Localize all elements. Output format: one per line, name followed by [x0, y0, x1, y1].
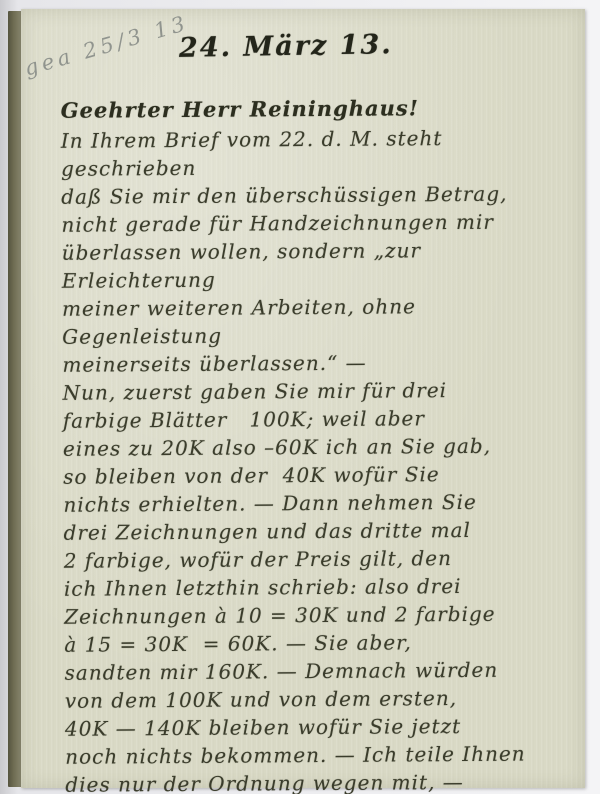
pencil-annotation: gea 25/3 13 — [22, 11, 192, 81]
letter-line: nichts erhielten. — Dann nehmen Sie — [63, 487, 573, 519]
letter-line: noch nichts bekommen. — Ich teile Ihnen — [65, 739, 575, 771]
letter-line: 2 farbige, wofür der Preis gilt, den — [64, 543, 574, 575]
letter-salutation: Geehrter Herr Reininghaus! — [61, 93, 571, 125]
letter-line: von dem 100K und von dem ersten, — [65, 683, 575, 715]
photo-background: gea 25/3 13 24. März 13. Geehrter Herr R… — [0, 0, 600, 794]
letter-line: sandten mir 160K. — Demnach würden — [64, 655, 574, 687]
letter-line: Zeichnungen à 10 = 30K und 2 farbige — [64, 599, 574, 631]
letter-line: dies nur der Ordnung wegen mit, — — [65, 767, 575, 794]
letter-line: drei Zeichnungen und das dritte mal — [64, 515, 574, 547]
letter-date: 24. März 13. — [179, 29, 393, 64]
letter-line: farbige Blätter 100K; weil aber — [63, 403, 573, 435]
letter-line: In Ihrem Brief vom 22. d. M. steht gesch… — [61, 123, 571, 183]
letter-paper: gea 25/3 13 24. März 13. Geehrter Herr R… — [21, 9, 585, 788]
letter-line: 40K — 140K bleiben wofür Sie jetzt — [65, 711, 575, 743]
letter-line: à 15 = 30K = 60K. — Sie aber, — [64, 627, 574, 659]
letter-body: Geehrter Herr Reininghaus! In Ihrem Brie… — [61, 93, 576, 794]
letter-line: so bleiben von der 40K wofür Sie — [63, 459, 573, 491]
letter-line: Nun, zuerst gaben Sie mir für drei — [63, 375, 573, 407]
letter-line: meinerseits überlassen.“ — — [62, 347, 572, 379]
letter-line: eines zu 20K also –60K ich an Sie gab, — [63, 431, 573, 463]
letter-line: meiner weiteren Arbeiten, ohne Gegenleis… — [62, 291, 572, 351]
letter-line: nicht gerade für Handzeichnungen mir — [61, 207, 571, 239]
letter-line: daß Sie mir den überschüssigen Betrag, — [61, 179, 571, 211]
paper-edge-shadow — [8, 11, 22, 787]
letter-line: ich Ihnen letzthin schrieb: also drei — [64, 571, 574, 603]
letter-line: überlassen wollen, sondern „zur Erleicht… — [62, 235, 572, 295]
